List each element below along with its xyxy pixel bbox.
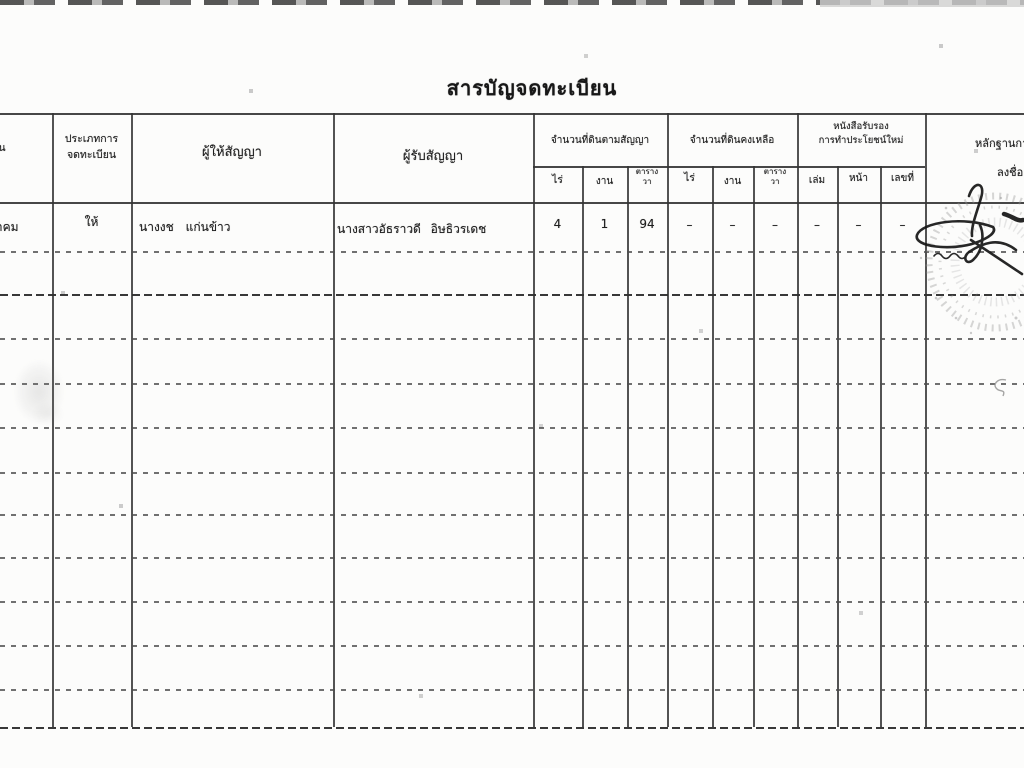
row1-registration-type: ให้ [52, 213, 131, 232]
signature-and-seal-area [876, 178, 1024, 356]
sq-wa-line2: วา [627, 177, 667, 187]
table-row-dashed-rule [0, 472, 1024, 474]
subheader-remaining-ngan: งาน [712, 174, 753, 189]
table-horizontal-rule [533, 166, 925, 168]
row1-grantor-name: นางงช แก่นข้าว [139, 218, 231, 237]
pencil-flourish-mark [990, 378, 1012, 400]
subheader-cert-volume: เล่ม [797, 173, 837, 188]
table-row-dashed-rule [0, 383, 1024, 385]
sq-wa-line2: วา [753, 177, 797, 187]
erased-pencil-smudge [26, 398, 70, 430]
certificate-header-line2: การทำประโยชน์ใหม่ [797, 134, 925, 148]
table-row-dashed-rule [0, 689, 1024, 691]
scanned-document-page: สารบัญจดทะเบียน เบียน ประเภทการ จดทะเบีย… [0, 0, 1024, 768]
table-horizontal-rule [0, 113, 1024, 115]
table-vertical-rule [667, 113, 669, 727]
table-row-dashed-rule [0, 294, 1024, 296]
row1-contract-sq-wa: 94 [627, 217, 667, 231]
certificate-header-line1: หนังสือรับรอง [797, 120, 925, 134]
table-horizontal-rule [0, 202, 1024, 204]
subheader-remaining-sq-wa: ตาราง วา [753, 167, 797, 187]
subheader-contract-ngan: งาน [582, 174, 627, 189]
row1-cert-volume: – [797, 218, 837, 232]
table-vertical-rule [131, 113, 133, 727]
scan-edge-gray-band [820, 0, 1024, 7]
row1-date-fragment: หาคม [0, 218, 19, 237]
sq-wa-line1: ตาราง [753, 167, 797, 177]
subheader-remaining-rai: ไร่ [667, 169, 712, 186]
sq-wa-line1: ตาราง [627, 167, 667, 177]
col-header-evidence-line1: หลักฐานการ [975, 134, 1024, 152]
table-row-dashed-rule [0, 514, 1024, 516]
subheader-contract-sq-wa: ตาราง วา [627, 167, 667, 187]
table-vertical-rule [797, 113, 799, 727]
paper-specks [0, 0, 2, 2]
page-title: สารบัญจดทะเบียน [20, 72, 1024, 104]
table-row-dashed-rule [0, 645, 1024, 647]
table-row-dashed-rule [0, 727, 1024, 729]
row1-contract-ngan: 1 [582, 217, 627, 231]
row1-remaining-sq-wa: – [753, 218, 797, 232]
table-vertical-rule [533, 113, 535, 727]
table-row-dashed-rule [0, 557, 1024, 559]
row1-remaining-ngan: – [712, 218, 753, 232]
group-header-land-remaining: จำนวนที่ดินคงเหลือ [667, 133, 797, 148]
table-vertical-rule [333, 113, 335, 727]
col-header-registration-type: ประเภทการ จดทะเบียน [52, 131, 131, 163]
registration-type-line1: ประเภทการ [52, 131, 131, 147]
col-header-grantor: ผู้ให้สัญญา [131, 141, 333, 162]
registration-type-line2: จดทะเบียน [52, 147, 131, 163]
table-row-dashed-rule [0, 601, 1024, 603]
table-row-dashed-rule [0, 427, 1024, 429]
group-header-land-per-contract: จำนวนที่ดินตามสัญญา [533, 133, 667, 148]
row1-contract-rai: 4 [533, 217, 582, 231]
row1-cert-page: – [837, 218, 880, 232]
table-row-dashed-rule [0, 338, 1024, 340]
subheader-cert-page: หน้า [837, 171, 880, 186]
table-row-dashed-rule [0, 251, 1024, 253]
col-header-grantee: ผู้รับสัญญา [333, 145, 533, 166]
col-header-date-fragment: เบียน [0, 139, 46, 156]
group-header-certificate: หนังสือรับรอง การทำประโยชน์ใหม่ [797, 120, 925, 148]
row1-grantee-name: นางสาวอัธราวดี อิษธิวรเดช [337, 220, 486, 239]
subheader-contract-rai: ไร่ [533, 171, 582, 188]
row1-remaining-rai: – [667, 218, 712, 232]
